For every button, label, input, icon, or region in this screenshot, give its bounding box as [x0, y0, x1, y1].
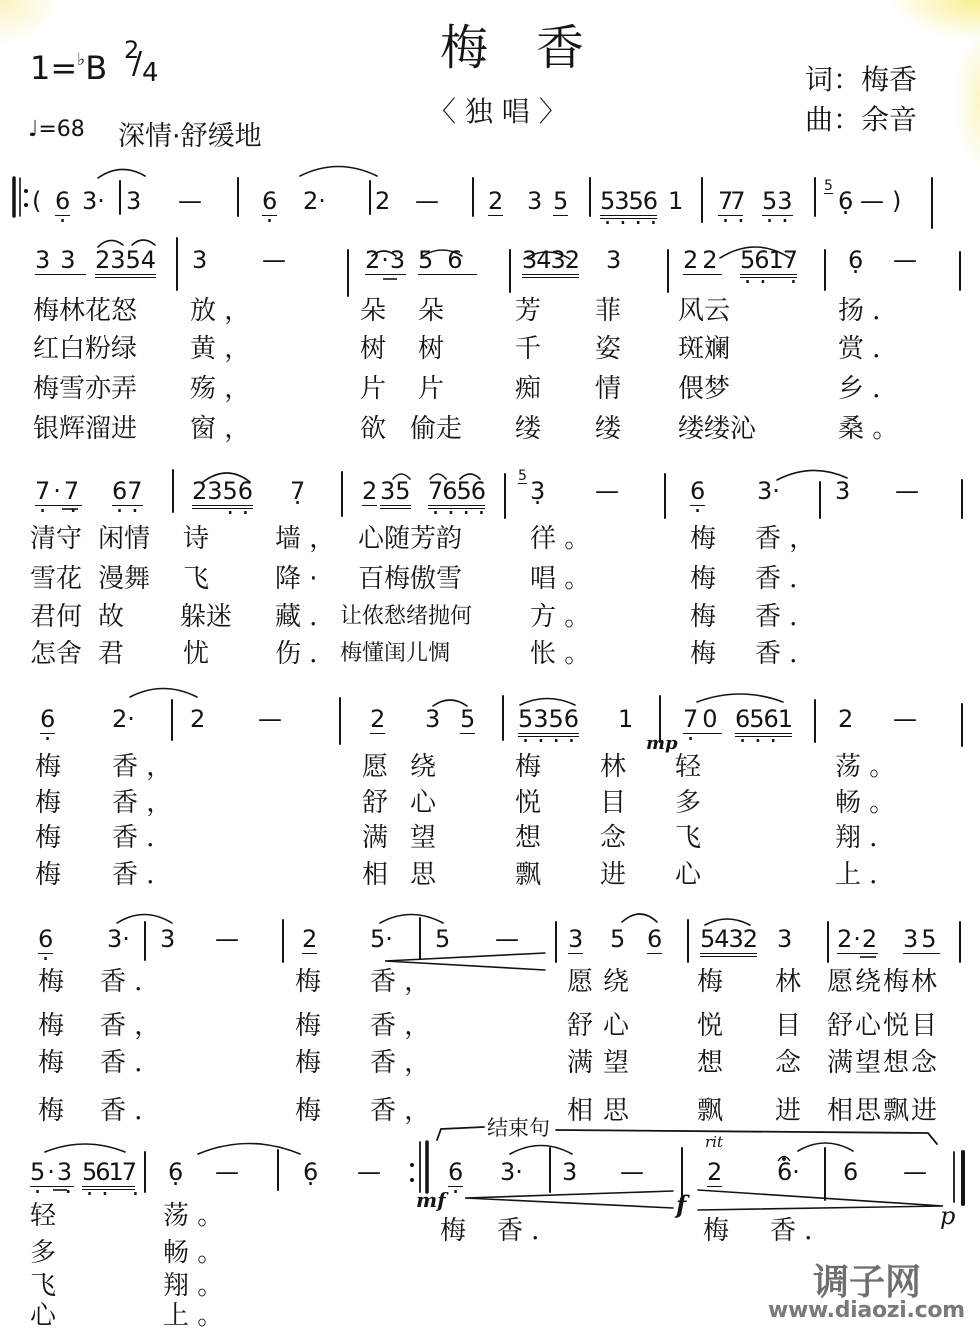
lyric-syllable: 舒 — [362, 788, 388, 818]
note-group: 5356 — [518, 707, 579, 737]
lyric-syllable: 桑 。 — [838, 414, 898, 444]
system-3-notes: 6 2· 2 — 2 3 5 5356 1 70 6561 2 — — [0, 707, 980, 747]
lyric-syllable: 香 ． — [100, 1096, 160, 1126]
lyric-syllable: 满 — [362, 823, 388, 853]
note-group: 2356 — [192, 479, 253, 509]
note-group: 33 — [35, 248, 86, 275]
lyric-syllable: 翔 ． — [835, 823, 895, 853]
note-group: 2· — [112, 707, 135, 731]
lyric-syllable: 林 — [600, 752, 626, 782]
lyric-syllable: 进 — [600, 860, 626, 890]
lyric-syllable: 殇 ， — [190, 374, 250, 404]
note-group: 1 — [618, 707, 633, 731]
sustain-dash: — — [215, 927, 239, 951]
lyric-ending: 梅 香 ． 梅 香 ． — [0, 1216, 980, 1246]
lyric-syllable: 藏 ． — [275, 602, 335, 632]
lyric-syllable: 窗 ， — [190, 414, 250, 444]
tie — [117, 915, 172, 924]
ending-label: 结束句 — [487, 1112, 550, 1142]
lyric-syllable: 菲 — [595, 296, 621, 326]
lyric-syllable: 香 ． — [497, 1216, 557, 1246]
lyric-syllable: 望 — [410, 823, 436, 853]
system-5-notes: 5·3 5617 6 — 6 — 6 3· 3 — 2 6· 6 — — [0, 1160, 980, 1200]
note-group: 3 — [192, 248, 207, 272]
note-group: 5 — [610, 927, 625, 951]
lyric-syllable: 轻 — [675, 752, 701, 782]
lyric-syllable: 悦 — [515, 788, 541, 818]
sustain-dash: — — [178, 189, 202, 213]
lyric-syllable: 伤 ． — [275, 639, 335, 669]
lyric-syllable: 梅 — [38, 1011, 64, 1041]
lyric-syllable: 悦 — [697, 1011, 723, 1041]
time-signature-denominator: 4 — [142, 58, 159, 88]
lyric-syllable: 香 ， — [370, 967, 430, 997]
note-group: 2 — [302, 927, 317, 954]
lyric-syllable: 进 — [775, 1096, 801, 1126]
note-group: 6 — [40, 707, 55, 734]
note-group: 2 — [838, 707, 853, 731]
lyric-syllable: 梅懂闺儿惆 — [340, 639, 450, 669]
note-group: 5356 — [600, 189, 657, 219]
note-group: 6 — [647, 927, 662, 954]
sustain-dash: — — [357, 1160, 381, 1184]
tie — [510, 1146, 572, 1155]
note-group: 3 — [425, 707, 440, 731]
lyric-syllable: 梅 — [295, 1048, 321, 1078]
lyric-syllable: 梅 — [703, 1216, 729, 1246]
lyric-syllable: 梅 — [690, 524, 716, 554]
lyric-syllable: 清守 — [30, 524, 82, 554]
lyric-syllable: 梅 — [295, 1011, 321, 1041]
lyric-syllable: 香 ， — [112, 788, 172, 818]
note-group: 2354 — [95, 248, 156, 278]
lyric-verse-1: 梅林花怒 放 ， 朵 朵 芳 菲 风云 扬 ． — [0, 296, 980, 326]
note-group: 6 — [262, 189, 277, 216]
lyric-syllable: 梅 — [35, 823, 61, 853]
lyric-syllable: 梅 — [38, 1048, 64, 1078]
note-group: 6561 — [735, 707, 792, 737]
note-group: 5617 — [740, 248, 797, 278]
lyric-syllable: 方 。 — [530, 602, 590, 632]
lyric-syllable: 缕 — [515, 414, 541, 444]
time-signature-separator: / — [132, 46, 142, 81]
lyric-verse-2: 梅 香 ， 舒 心 悦 目 多 畅 。 — [0, 788, 980, 818]
lyric-syllable: 林 — [775, 967, 801, 997]
lyric-syllable: 香 ． — [755, 639, 815, 669]
note-group: 3 — [126, 189, 141, 213]
lyric-syllable: 梅 — [690, 564, 716, 594]
lyric-syllable: 偷走 — [410, 414, 462, 444]
lyric-syllable: 愿绕 — [567, 967, 639, 997]
lyric-syllable: 飞 — [675, 823, 701, 853]
tie — [198, 1144, 300, 1155]
note-group: 6 — [168, 1160, 183, 1184]
note-group: 5 — [435, 927, 450, 951]
lyric-syllable: 香 ． — [100, 1048, 160, 1078]
lyric-syllable: 朵 — [418, 296, 444, 326]
lyric-syllable: 姿 — [595, 334, 621, 364]
lyric-syllable: 梅 — [295, 967, 321, 997]
lyric-syllable: 让侬愁绪抛何 — [340, 602, 472, 632]
lyric-syllable: 片 — [360, 374, 386, 404]
lyric-verse-1: 清守 闲情 诗 墙 ， 心随芳韵 徉 。 梅 香 ， — [0, 524, 980, 554]
lyric-syllable: 梅 — [690, 639, 716, 669]
lyric-syllable: 芳 — [515, 296, 541, 326]
lyric-syllable: 香 ． — [770, 1216, 830, 1246]
sustain-dash: — — [860, 189, 884, 213]
lyric-syllable: 香 ， — [370, 1011, 430, 1041]
sustain-dash: — — [415, 189, 439, 213]
note-group: 3 — [527, 189, 542, 213]
tie — [380, 915, 443, 924]
note-group: 3· — [107, 927, 130, 951]
lyric-syllable: 君 — [98, 639, 124, 669]
lyric-syllable: 故 — [98, 602, 124, 632]
lyric-syllable: 香 ， — [370, 1096, 430, 1126]
lyric-syllable: 闲情 — [98, 524, 150, 554]
lyric-syllable: 念 — [600, 823, 626, 853]
system-2-notes: 7·7 67 2356 7 2 35 7656 5 3 — 6 3· 3 — — [0, 479, 980, 519]
lyric-syllable: 想 — [515, 823, 541, 853]
note-group: 7656 — [428, 479, 485, 509]
note-group: 5 — [553, 189, 568, 216]
composer-credit: 曲：余音 — [805, 98, 917, 138]
lyric-syllable: 缕缕沁 — [678, 414, 756, 444]
note-group: 6 — [38, 927, 53, 954]
note-group: 7·7 — [35, 479, 82, 506]
note-group: 6 — [838, 189, 853, 213]
note-group: 3 — [530, 479, 545, 503]
lyric-syllable: 想 — [697, 1048, 723, 1078]
system-4-notes: 6 3· 3 — 2 5· 5 — 3 5 6 5432 3 2·2 35 — [0, 927, 980, 967]
lyric-syllable: 目 — [600, 788, 626, 818]
lyric-syllable: 漫舞 — [98, 564, 150, 594]
note-group: 6 — [843, 1160, 858, 1184]
lyric-syllable: 梅 — [35, 788, 61, 818]
lyric-syllable: 香 ． — [755, 564, 815, 594]
tempo-marking: ♩=68 — [28, 117, 85, 142]
lyric-syllable: 梅 — [515, 752, 541, 782]
lyric-syllable: 相思飘进 — [827, 1096, 939, 1126]
lyric-syllable: 多 — [675, 788, 701, 818]
note-group: 2 — [370, 707, 385, 734]
lyric-syllable: 红白粉绿 — [33, 334, 137, 364]
lyric-syllable: 梅 — [35, 752, 61, 782]
slur — [622, 914, 657, 922]
lyric-verse-4: 梅 香 ． 相 思 飘 进 心 上 ． — [0, 860, 980, 890]
lyric-syllable: 香 ． — [100, 967, 160, 997]
dynamic-mp: mp — [646, 733, 678, 754]
sustain-dash: — — [893, 248, 917, 272]
watermark-url: www.diaozi.com — [768, 1298, 965, 1323]
note-group: 22 — [683, 248, 722, 275]
key-tonic: B — [85, 49, 107, 87]
grace-note: 5 — [824, 179, 833, 194]
lyric-syllable: 梅 — [38, 967, 64, 997]
subtitle: 〈 独 唱 〉 — [428, 90, 567, 130]
lyric-syllable: 徉 。 — [530, 524, 590, 554]
lyric-verse-2: 红白粉绿 黄 ， 树 树 千 姿 斑斓 赏 ． — [0, 334, 980, 364]
page-title: 梅 香 — [440, 20, 584, 76]
lyric-syllable: 银辉溜进 — [33, 414, 137, 444]
note-group: 35 — [380, 479, 411, 509]
lyric-syllable: 梅 — [440, 1216, 466, 1246]
lyric-syllable: 飞 — [30, 1271, 56, 1301]
lyric-syllable: 愿 — [362, 752, 388, 782]
slur — [697, 694, 783, 702]
tie — [798, 1143, 853, 1151]
lyric-syllable: 墙 ， — [275, 524, 335, 554]
note-group: 77 — [718, 189, 743, 216]
note-group: 1 — [668, 189, 683, 213]
note-group: 6 — [690, 479, 705, 506]
lyric-syllable: 荡 。 — [835, 752, 895, 782]
lyric-syllable: 上 。 — [163, 1301, 223, 1331]
sustain-dash: — — [258, 707, 282, 731]
lyric-syllable: 心 — [675, 860, 701, 890]
lyric-syllable: 舒心悦目 — [827, 1011, 939, 1041]
lyric-syllable: 梅 — [690, 602, 716, 632]
lyric-syllable: 上 ． — [835, 860, 895, 890]
lyric-syllable: 飞 — [183, 564, 209, 594]
lyric-syllable: 情 — [595, 374, 621, 404]
lyric-syllable: 梅 — [35, 860, 61, 890]
note-group: 6 — [55, 189, 70, 216]
note-group: 7 — [290, 479, 305, 503]
note-group: 6 — [303, 1160, 318, 1184]
note-group: 2 — [375, 189, 390, 213]
lyric-syllable: 降 · — [275, 564, 318, 594]
lyric-syllable: 躲迷 — [180, 602, 232, 632]
lyric-syllable: 香 ． — [112, 860, 172, 890]
system-intro-notes: ( 6 3· 3 — 6 2· 2 — 2 3 5 5356 1 77 53 5… — [0, 189, 980, 229]
note-group: 3 — [568, 927, 583, 954]
lyric-syllable: 片 — [418, 374, 444, 404]
lyric-syllable: 梅 — [295, 1096, 321, 1126]
lyric-syllable: 君何 — [30, 602, 82, 632]
bracket-close: ) — [892, 189, 901, 213]
lyric-syllable: 风云 — [678, 296, 730, 326]
lyric-syllable: 香 ， — [100, 1011, 160, 1041]
note-group: 2 — [488, 189, 503, 216]
lyric-syllable: 乡 ． — [838, 374, 898, 404]
system-1-notes: 33 2354 3 — 2·3 56 3432 3 22 5617 6 — — [0, 248, 980, 288]
note-group: 3 — [777, 927, 792, 951]
lyric-syllable: 愿绕梅林 — [827, 967, 939, 997]
lyric-syllable: 念 — [775, 1048, 801, 1078]
slur — [132, 240, 155, 245]
slur — [45, 1144, 125, 1152]
grace-note: 5 — [518, 469, 527, 484]
lyric-syllable: 忧 — [183, 639, 209, 669]
sustain-dash: — — [903, 1160, 927, 1184]
note-group: 2· — [303, 189, 326, 213]
lyric-verse-3: 梅雪亦弄 殇 ， 片 片 痴 情 偎梦 乡 ． — [0, 374, 980, 404]
note-group: 3 — [160, 927, 175, 951]
tie — [300, 167, 377, 177]
note-group: 2 — [190, 707, 205, 731]
lyric-syllable: 扬 ． — [838, 296, 898, 326]
tie — [98, 169, 145, 178]
lyric-syllable: 心 — [30, 1301, 56, 1331]
sustain-dash: — — [893, 707, 917, 731]
sustain-dash: — — [215, 1160, 239, 1184]
lyric-verse-3: 君何 故 躲迷 藏 ． 让侬愁绪抛何 方 。 梅 香 ． — [0, 602, 980, 632]
lyric-syllable: 放 ， — [190, 296, 250, 326]
note-group: 3 — [562, 1160, 577, 1184]
lyric-syllable: 满望想念 — [827, 1048, 939, 1078]
lyric-syllable: 朵 — [360, 296, 386, 326]
lyric-syllable: 翔 。 — [163, 1271, 223, 1301]
sustain-dash: — — [495, 927, 519, 951]
lyric-syllable: 相 — [362, 860, 388, 890]
lyric-syllable: 斑斓 — [678, 334, 730, 364]
lyric-syllable: 相思 — [567, 1096, 639, 1126]
lyric-verse-2: 雪花 漫舞 飞 降 · 百梅傲雪 唱 。 梅 香 ． — [0, 564, 980, 594]
lyric-syllable: 舒心 — [567, 1011, 639, 1041]
bracket-open: ( — [32, 189, 41, 213]
note-group: 53 — [762, 189, 793, 216]
note-group: 3· — [82, 189, 105, 213]
note-group: 70 — [683, 707, 722, 734]
lyric-verse-4: 银辉溜进 窗 ， 欲 偷走 缕 缕 缕缕沁 桑 。 — [0, 414, 980, 444]
lyric-verse-2: 梅 香 ， 梅 香 ， 舒心 悦 目 舒心悦目 — [0, 1011, 980, 1041]
lyric-syllable: 树 — [418, 334, 444, 364]
key-degree: 1= — [30, 49, 77, 87]
lyric-syllable: 千 — [515, 334, 541, 364]
note-group: 5432 — [700, 927, 757, 957]
note-group: 5· — [370, 927, 393, 951]
lyric-verse-4: 怎舍 君 忧 伤 ． 梅懂闺儿惆 怅 。 梅 香 ． — [0, 639, 980, 669]
lyric-syllable: 痴 — [515, 374, 541, 404]
note-group: 2·3 — [365, 248, 406, 275]
lyric-verse-3: 梅 香 ． 满 望 想 念 飞 翔 ． — [0, 823, 980, 853]
lyricist-credit: 词：梅香 — [805, 58, 917, 98]
note-group: 3 — [606, 248, 621, 272]
lyric-syllable: 飘 — [697, 1096, 723, 1126]
lyric-syllable: 梅 — [38, 1096, 64, 1126]
note-group: 6· — [777, 1160, 800, 1184]
sustain-dash: — — [595, 479, 619, 503]
lyric-syllable: 偎梦 — [678, 374, 730, 404]
note-group: 5617 — [82, 1160, 135, 1190]
note-group: 6 — [848, 248, 863, 272]
tie — [130, 689, 197, 698]
note-group: 3 — [835, 479, 850, 503]
lyric-syllable: 满望 — [567, 1048, 639, 1078]
lyric-syllable: 唱 。 — [530, 564, 590, 594]
key-signature: 1=♭B — [30, 40, 107, 88]
lyric-syllable: 飘 — [515, 860, 541, 890]
note-group: 2·2 — [837, 927, 878, 954]
note-group: 35 — [903, 927, 940, 954]
sheet-music-page: 1=♭B 2 / 4 ♩=68 深情·舒缓地 梅 香 〈 独 唱 〉 词：梅香 … — [0, 0, 980, 1331]
sustain-dash: — — [620, 1160, 644, 1184]
lyric-syllable: 绕 — [410, 752, 436, 782]
expression-marking: 深情·舒缓地 — [118, 114, 262, 153]
lyric-verse-1: 梅 香 ． 梅 香 ， 愿绕 梅 林 愿绕梅林 — [0, 967, 980, 997]
lyric-syllable: 黄 ， — [190, 334, 250, 364]
lyric-syllable: 赏 ． — [838, 334, 898, 364]
lyric-syllable: 畅 。 — [835, 788, 895, 818]
lyric-syllable: 雪花 — [30, 564, 82, 594]
lyric-syllable: 香 ， — [755, 524, 815, 554]
note-group: 5 — [460, 707, 475, 734]
lyric-syllable: 思 — [410, 860, 436, 890]
lyric-syllable: 欲 — [360, 414, 386, 444]
lyric-syllable: 香 ． — [755, 602, 815, 632]
lyric-syllable: 心随芳韵 — [358, 524, 462, 554]
lyric-syllable: 怅 。 — [530, 639, 590, 669]
lyric-syllable: 树 — [360, 334, 386, 364]
note-group: 56 — [418, 248, 477, 275]
lyric-verse-3: 梅 香 ． 梅 香 ， 满望 想 念 满望想念 — [0, 1048, 980, 1078]
lyric-syllable: 心 — [410, 788, 436, 818]
lyric-syllable: 目 — [775, 1011, 801, 1041]
flat-icon: ♭ — [77, 50, 85, 70]
lyric-syllable: 梅雪亦弄 — [33, 374, 137, 404]
note-group: 3· — [500, 1160, 523, 1184]
note-group: 2 — [362, 479, 377, 506]
sustain-dash: — — [895, 479, 919, 503]
note-group: 5·3 — [30, 1160, 74, 1187]
lyric-syllable: 怎舍 — [30, 639, 82, 669]
lyric-syllable: 香 ， — [112, 752, 172, 782]
ritardando-marking: rit — [705, 1133, 723, 1151]
lyric-syllable: 诗 — [183, 524, 209, 554]
lyric-verse-1: 梅 香 ， 愿 绕 梅 林 轻 荡 。 — [0, 752, 980, 782]
lyric-syllable: 香 ． — [112, 823, 172, 853]
sustain-dash: — — [262, 248, 286, 272]
note-group: 6 — [448, 1160, 463, 1187]
note-group: 3432 — [522, 248, 579, 278]
lyric-syllable: 香 ， — [370, 1048, 430, 1078]
note-group: 3· — [757, 479, 780, 503]
lyric-syllable: 百梅傲雪 — [358, 564, 462, 594]
lyric-syllable: 梅 — [697, 967, 723, 997]
note-group: 67 — [112, 479, 143, 506]
lyric-syllable: 缕 — [595, 414, 621, 444]
note-group: 2 — [707, 1160, 722, 1187]
lyric-syllable: 梅林花怒 — [33, 296, 137, 326]
